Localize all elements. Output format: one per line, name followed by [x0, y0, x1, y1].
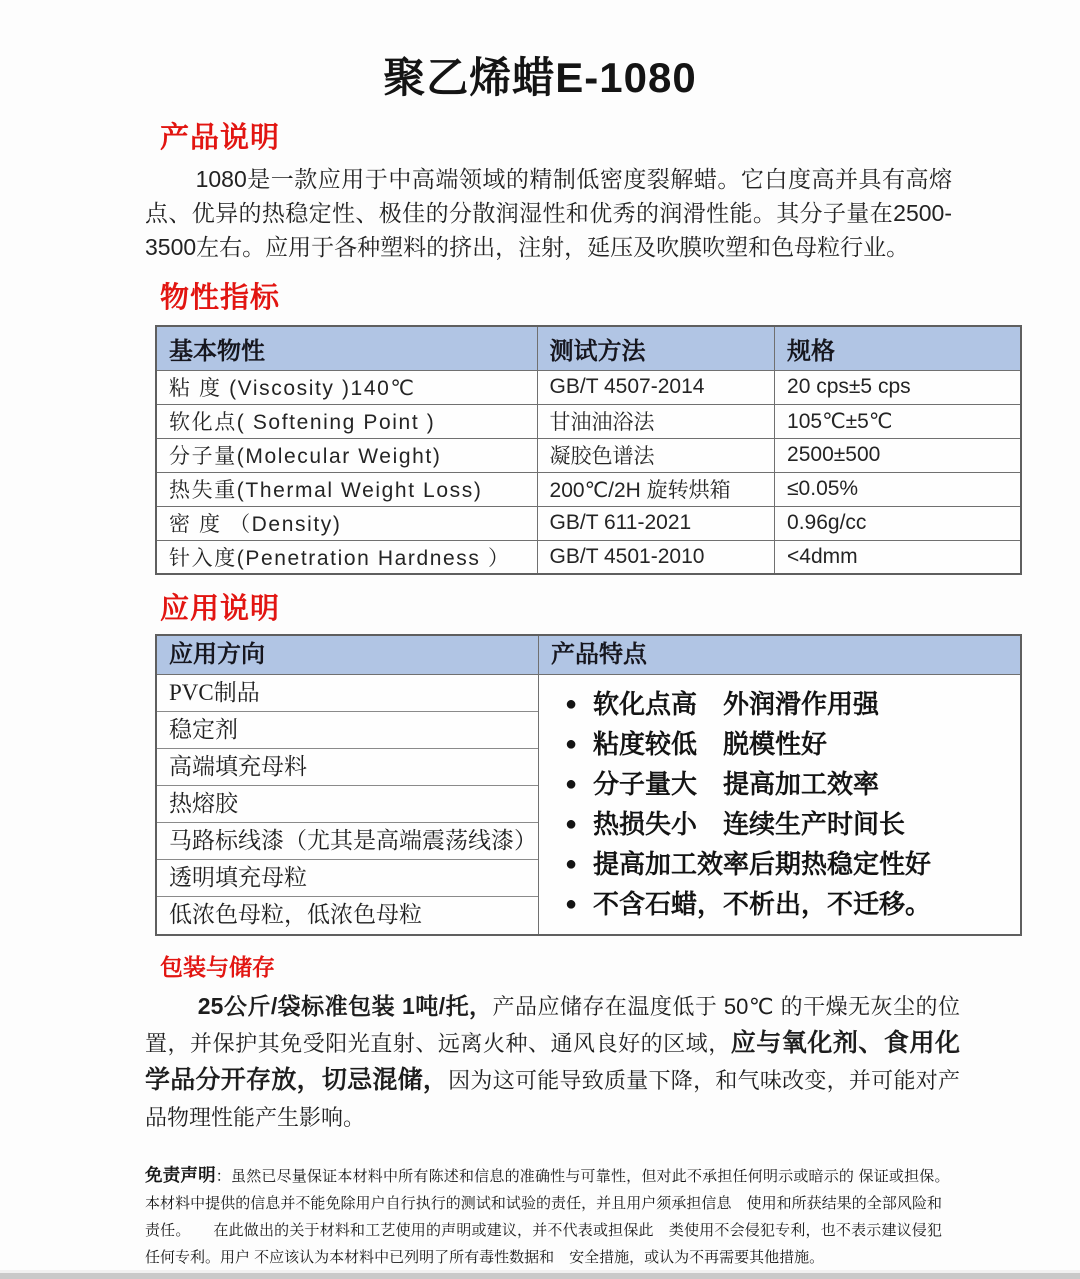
property-name-cell: 粘 度 (Viscosity )140℃ — [156, 370, 537, 404]
test-method-cell: GB/T 4501-2010 — [537, 540, 774, 574]
properties-header-row: 基本物性 测试方法 规格 — [156, 326, 1021, 370]
product-feature-text: 不含石蜡，不析出，不迁移。 — [593, 884, 931, 924]
test-method-cell: 甘油油浴法 — [537, 404, 774, 438]
physical-properties-table: 基本物性 测试方法 规格 粘 度 (Viscosity )140℃GB/T 45… — [155, 325, 1022, 575]
properties-table-body: 粘 度 (Viscosity )140℃GB/T 4507-201420 cps… — [156, 370, 1021, 574]
product-description-paragraph: 1080是一款应用于中高端领域的精制低密度裂解蜡。它白度高并具有高熔点、优异的热… — [145, 162, 952, 264]
application-table-body: PVC制品稳定剂高端填充母料热熔胶马路标线漆（尤其是高端震荡线漆）透明填充母粒低… — [157, 675, 1020, 934]
product-feature-text: 提高加工效率后期热稳定性好 — [593, 844, 931, 884]
bottom-divider-bar — [0, 1270, 1080, 1279]
product-feature-item: ●热损失小 连续生产时间长 — [549, 804, 1014, 844]
application-table: 应用方向 产品特点 PVC制品稳定剂高端填充母料热熔胶马路标线漆（尤其是高端震荡… — [155, 634, 1022, 936]
property-name-cell: 针入度(Penetration Hardness ） — [156, 540, 537, 574]
spec-value-cell: ≤0.05% — [775, 472, 1021, 506]
test-method-cell: 凝胶色谱法 — [537, 438, 774, 472]
bullet-icon: ● — [549, 724, 593, 764]
product-feature-item: ●提高加工效率后期热稳定性好 — [549, 844, 1014, 884]
property-name-cell: 密 度 （Density) — [156, 506, 537, 540]
bullet-icon: ● — [549, 884, 593, 924]
bullet-icon: ● — [549, 804, 593, 844]
column-header-product-features: 产品特点 — [539, 636, 1020, 674]
application-header-row: 应用方向 产品特点 — [157, 636, 1020, 675]
product-features-cell: ●软化点高 外润滑作用强●粘度较低 脱模性好●分子量大 提高加工效率●热损失小 … — [539, 675, 1020, 934]
section-heading-physical-properties: 物性指标 — [160, 280, 1022, 316]
product-feature-text: 粘度较低 脱模性好 — [593, 724, 827, 764]
test-method-cell: 200℃/2H 旋转烘箱 — [537, 472, 774, 506]
test-method-cell: GB/T 4507-2014 — [537, 370, 774, 404]
application-direction-row: 马路标线漆（尤其是高端震荡线漆） — [157, 823, 538, 860]
product-feature-item: ●分子量大 提高加工效率 — [549, 764, 1014, 804]
column-header-application-direction: 应用方向 — [157, 636, 539, 674]
packaging-paragraph: 25公斤/袋标准包装 1吨/托，产品应储存在温度低于 50℃ 的干燥无灰尘的位置… — [145, 988, 960, 1136]
spec-value-cell: 0.96g/cc — [775, 506, 1021, 540]
application-direction-column: PVC制品稳定剂高端填充母料热熔胶马路标线漆（尤其是高端震荡线漆）透明填充母粒低… — [157, 675, 539, 934]
bullet-icon: ● — [549, 684, 593, 724]
property-row: 软化点( Softening Point )甘油油浴法105℃±5℃ — [156, 404, 1021, 438]
test-method-cell: GB/T 611-2021 — [537, 506, 774, 540]
product-feature-text: 分子量大 提高加工效率 — [593, 764, 879, 804]
property-name-cell: 软化点( Softening Point ) — [156, 404, 537, 438]
properties-table-head: 基本物性 测试方法 规格 — [156, 326, 1021, 370]
application-direction-row: 稳定剂 — [157, 712, 538, 749]
column-header-spec: 规格 — [775, 326, 1021, 370]
page-title: 聚乙烯蜡E-1080 — [0, 52, 1080, 104]
document-body: 产品说明 1080是一款应用于中高端领域的精制低密度裂解蜡。它白度高并具有高熔点… — [155, 120, 1022, 1271]
bullet-icon: ● — [549, 844, 593, 884]
application-direction-row: 低浓色母粒，低浓色母粒 — [157, 897, 538, 934]
application-direction-row: 透明填充母粒 — [157, 860, 538, 897]
bullet-icon: ● — [549, 764, 593, 804]
application-direction-row: PVC制品 — [157, 675, 538, 712]
property-row: 密 度 （Density)GB/T 611-20210.96g/cc — [156, 506, 1021, 540]
property-row: 粘 度 (Viscosity )140℃GB/T 4507-201420 cps… — [156, 370, 1021, 404]
column-header-property: 基本物性 — [156, 326, 537, 370]
section-heading-packaging-storage: 包装与储存 — [160, 952, 1022, 982]
property-name-cell: 分子量(Molecular Weight) — [156, 438, 537, 472]
product-feature-item: ●不含石蜡，不析出，不迁移。 — [549, 884, 1014, 924]
property-row: 分子量(Molecular Weight)凝胶色谱法2500±500 — [156, 438, 1021, 472]
property-name-cell: 热失重(Thermal Weight Loss) — [156, 472, 537, 506]
product-feature-text: 热损失小 连续生产时间长 — [593, 804, 905, 844]
spec-value-cell: <4dmm — [775, 540, 1021, 574]
packaging-bold-lead: 25公斤/袋标准包装 1吨/托， — [198, 993, 493, 1019]
spec-value-cell: 105℃±5℃ — [775, 404, 1021, 438]
disclaimer-label: 免责声明 — [145, 1165, 216, 1185]
product-feature-item: ●粘度较低 脱模性好 — [549, 724, 1014, 764]
property-row: 热失重(Thermal Weight Loss)200℃/2H 旋转烘箱≤0.0… — [156, 472, 1021, 506]
section-heading-application: 应用说明 — [160, 591, 1022, 627]
spec-value-cell: 2500±500 — [775, 438, 1021, 472]
disclaimer-text: ：虽然已尽量保证本材料中所有陈述和信息的准确性与可靠性，但对此不承担任何明示或暗… — [145, 1168, 972, 1266]
product-feature-text: 软化点高 外润滑作用强 — [593, 684, 879, 724]
application-direction-row: 热熔胶 — [157, 786, 538, 823]
product-feature-item: ●软化点高 外润滑作用强 — [549, 684, 1014, 724]
section-heading-product-description: 产品说明 — [160, 120, 1022, 156]
column-header-test-method: 测试方法 — [537, 326, 774, 370]
spec-value-cell: 20 cps±5 cps — [775, 370, 1021, 404]
application-direction-row: 高端填充母料 — [157, 749, 538, 786]
disclaimer-paragraph: 免责声明：虽然已尽量保证本材料中所有陈述和信息的准确性与可靠性，但对此不承担任何… — [145, 1162, 942, 1271]
property-row: 针入度(Penetration Hardness ）GB/T 4501-2010… — [156, 540, 1021, 574]
